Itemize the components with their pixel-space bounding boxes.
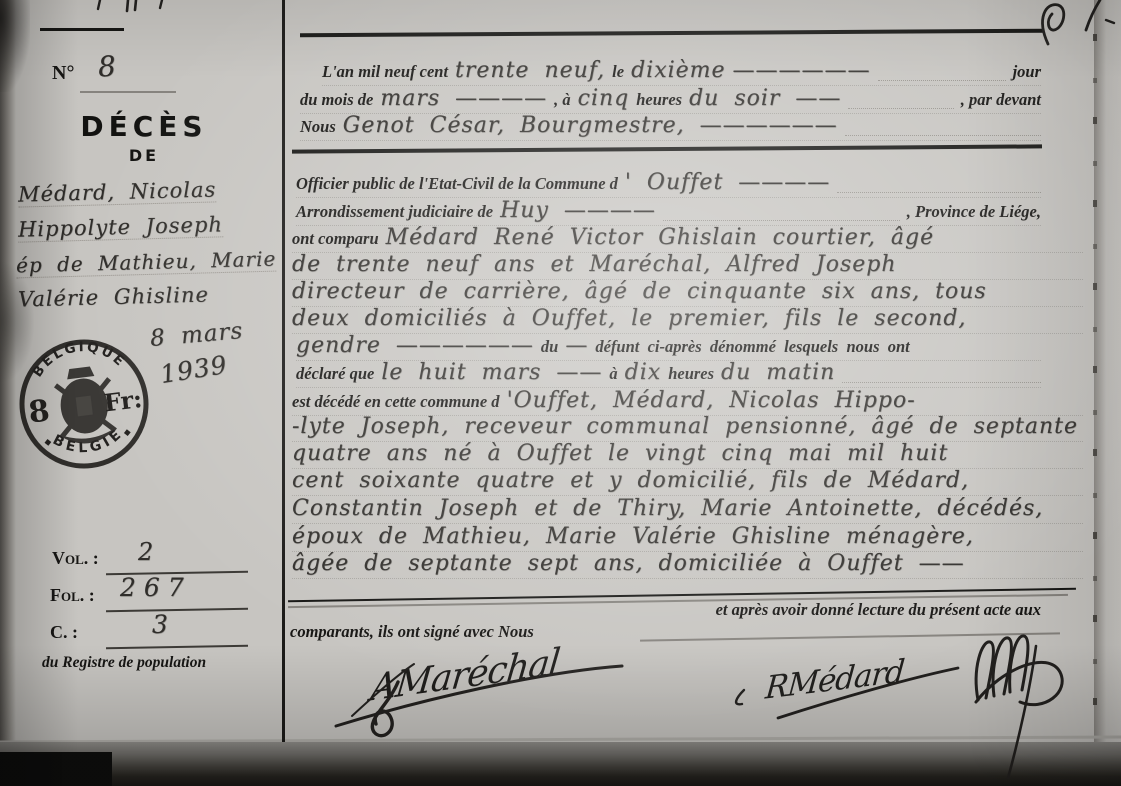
page-right-edge — [1094, 0, 1121, 786]
handwritten-entry: âgée de septante sept ans, domiciliée à … — [292, 551, 965, 576]
act-number-value: 8 — [97, 49, 118, 83]
handwritten-entry: -lyte Joseph, receveur communal pensionn… — [292, 414, 1078, 439]
blank-guide — [842, 380, 1041, 383]
vol-label: Vol. : — [52, 548, 99, 569]
torn-paper-edge — [1093, 0, 1097, 760]
form-text: du — [541, 337, 558, 357]
stamp-ornament-right: ◆ — [123, 427, 131, 438]
handwritten-entry: dixième — [631, 58, 725, 83]
act-line-6: ont comparu Médard René Victor Ghislain … — [292, 225, 1083, 253]
act-line-10: gendre —————— du — défunt ci-après dénom… — [296, 333, 1041, 361]
photo-bottom-shadow — [0, 742, 1121, 786]
act-number-label: N° — [52, 62, 74, 85]
death-date-line-2: 1939 — [158, 350, 229, 389]
handwritten-entry: Genot César, Bourgmestre, —————— — [343, 113, 838, 138]
c-value: 3 — [152, 610, 169, 639]
deceased-name-line-4: Valérie Ghisline — [18, 283, 210, 312]
form-text: déclaré que — [296, 364, 374, 384]
act-line-17: époux de Mathieu, Marie Valérie Ghisline… — [292, 524, 1083, 552]
form-text: Nous — [300, 117, 336, 137]
blank-guide — [878, 78, 1006, 81]
handwritten-entry: du matin — [721, 360, 835, 385]
handwritten-entry: dix — [625, 360, 662, 385]
fol-label: Fol. : — [50, 585, 95, 606]
deceased-name-line-2: Hippolyte Joseph — [18, 212, 224, 242]
photo-bottom-left-dark — [0, 752, 112, 786]
handwritten-dash: — — [565, 333, 588, 358]
act-line-7: de trente neuf ans et Maréchal, Alfred J… — [292, 252, 1083, 280]
deces-title: DÉCÈS — [16, 110, 272, 143]
handwritten-entry: du soir —— — [689, 86, 841, 111]
column-divider-rule — [282, 0, 285, 742]
handwritten-entry: Médard René Victor Ghislain courtier, âg… — [386, 225, 934, 250]
act-number-underline — [80, 91, 176, 93]
form-text: le — [612, 62, 624, 82]
act-line-1: L'an mil neuf cent trente neuf, le dixiè… — [322, 58, 1041, 86]
form-text: jour — [1013, 62, 1041, 82]
form-text: , par devant — [961, 90, 1041, 110]
form-text: est décédé en cette commune d — [292, 392, 500, 412]
handwritten-entry: directeur de carrière, âgé de cinquante … — [292, 279, 987, 304]
form-text: , à — [554, 90, 571, 110]
handwritten-entry: mars ———— — [380, 86, 547, 111]
c-underline — [106, 645, 248, 649]
vol-value: 2 — [138, 538, 154, 566]
handwritten-dash: —————— — [733, 58, 871, 83]
act-line-8: directeur de carrière, âgé de cinquante … — [292, 279, 1083, 307]
handwritten-entry: cent soixante quatre et y domicilié, fil… — [292, 468, 969, 493]
form-text: ont comparu — [292, 229, 379, 249]
fol-value: 267 — [120, 573, 192, 602]
act-line-16: Constantin Joseph et de Thiry, Marie Ant… — [292, 496, 1083, 524]
handwritten-entry: gendre —————— — [296, 333, 534, 358]
fol-underline — [106, 608, 248, 612]
act-line-4: Officier public de l'Etat-Civil de la Co… — [296, 170, 1041, 198]
act-line-2: du mois de mars ———— , à cinq heures du … — [300, 86, 1041, 114]
act-line-9: deux domiciliés à Ouffet, le premier, fi… — [292, 306, 1083, 334]
stamp-ornament-left: ◆ — [44, 436, 52, 447]
top-left-shadow — [0, 0, 30, 92]
form-text: Officier public de l'Etat-Civil de la Co… — [296, 174, 618, 194]
act-line-3: Nous Genot César, Bourgmestre, —————— — [300, 113, 1041, 141]
fiscal-stamp: BELGIQUE BELGIE 8 Fr: ◆ ◆ — [8, 328, 160, 480]
form-text: comparants, ils ont signé avec Nous — [290, 622, 534, 642]
fiscal-stamp-graphic: BELGIQUE BELGIE 8 Fr: ◆ ◆ — [8, 328, 160, 480]
act-line-20: comparants, ils ont signé avec Nous — [290, 622, 1041, 649]
act-line-14: quatre ans né à Ouffet le vingt cinq mai… — [292, 441, 1083, 469]
handwritten-entry: époux de Mathieu, Marie Valérie Ghisline… — [292, 524, 974, 549]
handwritten-entry: trente neuf, — [455, 58, 605, 83]
act-line-12: est décédé en cette commune d 'Ouffet, M… — [292, 388, 1083, 416]
blank-guide — [663, 218, 900, 221]
act-line-5: Arrondissement judiciaire de Huy ———— , … — [296, 198, 1041, 226]
handwritten-entry: de trente neuf ans et Maréchal, Alfred J… — [292, 252, 897, 277]
handwritten-entry: le huit mars —— — [381, 360, 602, 385]
registry-caption: du Registre de population — [42, 654, 206, 672]
form-text: L'an mil neuf cent — [322, 62, 448, 82]
c-label: C. : — [50, 622, 78, 643]
form-text: à — [609, 364, 617, 384]
deces-subtitle: DE — [16, 146, 272, 165]
blank-guide — [837, 190, 1041, 193]
deceased-name-line-3: ép de Mathieu, Marie — [16, 247, 277, 279]
handwritten-entry: Constantin Joseph et de Thiry, Marie Ant… — [292, 496, 1043, 521]
death-date-line-1: 8 mars — [149, 318, 244, 352]
stamp-value-currency: Fr: — [102, 384, 143, 417]
form-text: du mois de — [300, 90, 373, 110]
handwritten-entry: Huy ———— — [500, 198, 656, 223]
act-line-18: âgée de septante sept ans, domiciliée à … — [292, 551, 1083, 579]
form-text: heures — [636, 90, 682, 110]
act-line-15: cent soixante quatre et y domicilié, fil… — [292, 468, 1083, 496]
act-section-rule — [292, 144, 1042, 153]
act-line-11: déclaré que le huit mars —— à dix heures… — [296, 360, 1041, 388]
form-text: Arrondissement judiciaire de — [296, 202, 493, 222]
act-top-rule — [300, 29, 1044, 38]
form-text: et après avoir donné lecture du présent … — [716, 600, 1041, 620]
signature-medard: RMédard — [764, 653, 906, 707]
handwritten-entry: ' Ouffet ———— — [625, 170, 830, 195]
blank-guide — [848, 106, 953, 109]
form-text: heures — [668, 364, 714, 384]
deceased-name-line-1: Médard, Nicolas — [18, 177, 217, 207]
margin-top-rule — [40, 28, 124, 31]
handwritten-entry: quatre ans né à Ouffet le vingt cinq mai… — [292, 441, 948, 466]
death-register-page: N° 8 DÉCÈS DE Médard, Nicolas Hippolyte … — [0, 0, 1121, 786]
act-line-13: -lyte Joseph, receveur communal pensionn… — [292, 414, 1083, 442]
handwritten-entry: cinq — [578, 86, 630, 111]
blank-guide — [845, 133, 1041, 136]
handwritten-entry: 'Ouffet, Médard, Nicolas Hippo- — [507, 388, 916, 413]
signature-marechal: AMaréchal — [369, 641, 562, 709]
form-text: , Province de Liége, — [907, 202, 1041, 222]
stamp-coat-of-arms — [52, 365, 117, 446]
form-text: défunt ci-après dénommé lesquels nous on… — [595, 337, 909, 357]
handwritten-entry: deux domiciliés à Ouffet, le premier, fi… — [292, 306, 966, 331]
stamp-value-number: 8 — [27, 393, 52, 430]
